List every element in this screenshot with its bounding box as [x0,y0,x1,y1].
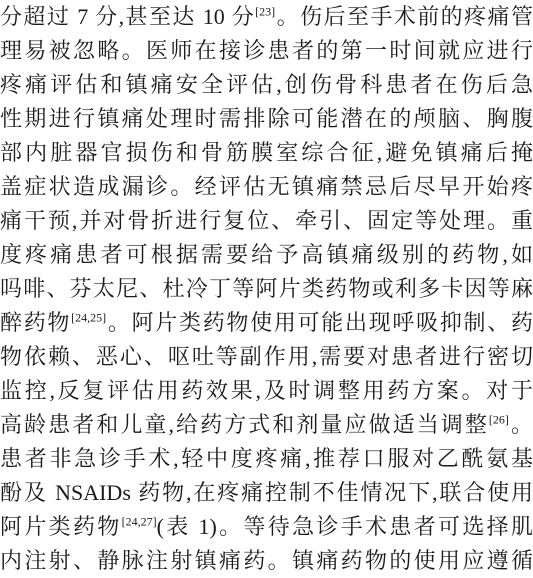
line-text: 高龄患者和儿童,给药方式和剂量应做适当调整 [0,412,489,437]
text-line: 酚及 NSAIDs 药物,在疼痛控制不佳情况下,联合使用 [0,476,533,510]
line-text: 。阿片类药物使用可能出现呼吸抑制、药 [106,310,533,335]
line-text: 阿片类药物 [0,514,122,539]
text-line: 物依赖、恶心、呕吐等副作用,需要对患者进行密切 [0,340,533,374]
line-text: 痛干预,并对骨折进行复位、牵引、固定等处理。重 [0,208,533,233]
line-text: 盖症状造成漏诊。经评估无镇痛禁忌后尽早开始疼 [0,174,533,199]
text-line: 盖症状造成漏诊。经评估无镇痛禁忌后尽早开始疼 [0,170,533,204]
text-line: 监控,反复评估用药效果,及时调整用药方案。对于 [0,374,533,408]
text-line: 部内脏器官损伤和骨筋膜室综合征,避免镇痛后掩 [0,136,533,170]
line-text: 部内脏器官损伤和骨筋膜室综合征,避免镇痛后掩 [0,140,533,165]
article-text-block: 分超过 7 分,甚至达 10 分[23]。伤后至手术前的疼痛管 理易被忽略。医师… [0,0,533,578]
line-text: 监控,反复评估用药效果,及时调整用药方案。对于 [0,378,533,403]
line-text: 疼痛评估和镇痛安全评估,创伤骨科患者在伤后急 [0,72,533,97]
text-line: 痛干预,并对骨折进行复位、牵引、固定等处理。重 [0,204,533,238]
line-text: 酚及 NSAIDs 药物,在疼痛控制不佳情况下,联合使用 [0,480,533,505]
line-text: 分超过 7 分,甚至达 10 分 [0,4,255,29]
line-text: 理易被忽略。医师在接诊患者的第一时间就应进行 [0,38,533,63]
line-text: 性期进行镇痛处理时需排除可能潜在的颅脑、胸腹 [0,106,533,131]
line-text: 度疼痛患者可根据需要给予高镇痛级别的药物,如 [0,242,533,267]
line-text: 吗啡、芬太尼、杜冷丁等阿片类药物或利多卡因等麻 [0,276,533,301]
citation-superscript: [23] [255,5,275,19]
text-line: 分超过 7 分,甚至达 10 分[23]。伤后至手术前的疼痛管 [0,0,533,34]
text-line: 疼痛评估和镇痛安全评估,创伤骨科患者在伤后急 [0,68,533,102]
line-text: 物依赖、恶心、呕吐等副作用,需要对患者进行密切 [0,344,533,369]
text-line: 高龄患者和儿童,给药方式和剂量应做适当调整[26]。 [0,408,533,442]
text-line: 内注射、静脉注射镇痛药。镇痛药物的使用应遵循 [0,544,533,578]
text-line: 吗啡、芬太尼、杜冷丁等阿片类药物或利多卡因等麻 [0,272,533,306]
text-line: 醉药物[24,25]。阿片类药物使用可能出现呼吸抑制、药 [0,306,533,340]
line-text: 内注射、静脉注射镇痛药。镇痛药物的使用应遵循 [0,548,533,573]
citation-superscript: [26] [489,413,509,427]
line-text: 患者非急诊手术,轻中度疼痛,推荐口服对乙酰氨基 [0,446,533,471]
text-line: 度疼痛患者可根据需要给予高镇痛级别的药物,如 [0,238,533,272]
text-line: 性期进行镇痛处理时需排除可能潜在的颅脑、胸腹 [0,102,533,136]
citation-superscript: [24,27] [122,515,157,529]
text-line: 阿片类药物[24,27](表 1)。等待急诊手术患者可选择肌 [0,510,533,544]
line-text: 。 [509,412,533,437]
line-text: 醉药物 [0,310,71,335]
line-text: (表 1)。等待急诊手术患者可选择肌 [157,514,533,539]
text-line: 理易被忽略。医师在接诊患者的第一时间就应进行 [0,34,533,68]
citation-superscript: [24,25] [71,311,106,325]
line-text: 。伤后至手术前的疼痛管 [275,4,533,29]
text-line: 患者非急诊手术,轻中度疼痛,推荐口服对乙酰氨基 [0,442,533,476]
